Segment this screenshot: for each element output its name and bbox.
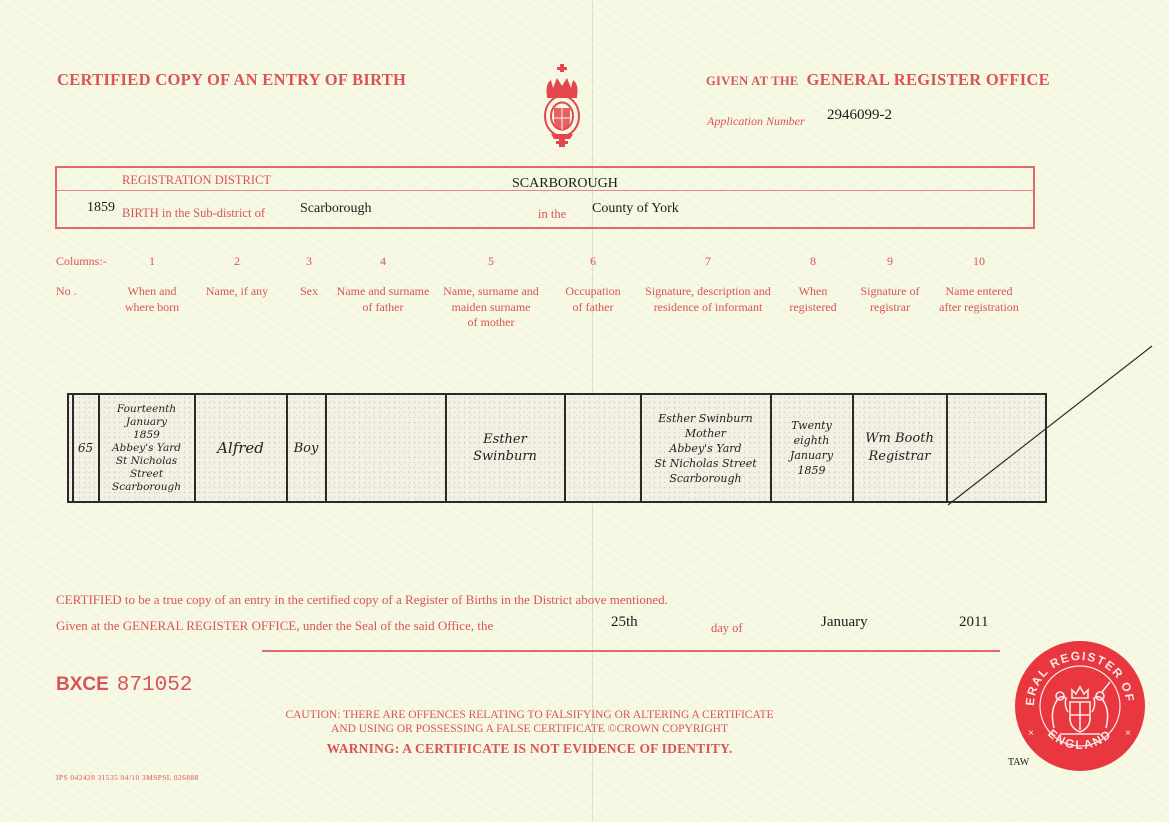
entry-line: 1859	[99, 429, 194, 442]
column-header-name-after-registration: Name entered after registration	[934, 284, 1024, 315]
entry-line: 1859	[771, 463, 852, 478]
header-line: Signature, description and	[638, 284, 778, 300]
entry-line: Swinburn	[446, 448, 564, 465]
column-header-no: No .	[56, 284, 77, 300]
serial-prefix: BXCE	[56, 674, 109, 695]
header-line: where born	[112, 300, 192, 316]
entry-registrar-signature: Wm Booth Registrar	[853, 395, 946, 501]
column-header-informant: Signature, description and residence of …	[638, 284, 778, 315]
entry-mother-name: Esther Swinburn	[446, 395, 564, 501]
application-number-value: 2946099-2	[827, 107, 892, 124]
issue-year: 2011	[959, 614, 988, 631]
register-entry-row: 65 Fourteenth January 1859 Abbey's Yard …	[67, 393, 1047, 503]
header-line: Signature of	[855, 284, 925, 300]
registration-district-value: SCARBOROUGH	[512, 176, 618, 192]
header-line: When and	[112, 284, 192, 300]
entry-line: Wm Booth	[853, 430, 946, 448]
table-border	[67, 393, 69, 503]
entry-when-registered: Twenty eighth January 1859	[771, 395, 852, 501]
entry-when-where-born: Fourteenth January 1859 Abbey's Yard St …	[99, 395, 194, 501]
column-number-8: 8	[803, 254, 823, 269]
certification-statement: CERTIFIED to be a true copy of an entry …	[56, 592, 668, 608]
caution-notice: CAUTION: THERE ARE OFFENCES RELATING TO …	[262, 708, 797, 736]
serial-number: 871052	[117, 674, 193, 697]
column-number-2: 2	[227, 254, 247, 269]
column-number-10: 10	[968, 254, 990, 269]
day-of-label: day of	[711, 621, 743, 636]
column-number-9: 9	[880, 254, 900, 269]
sub-district-value: Scarborough	[300, 201, 372, 217]
entry-line: Esther	[446, 431, 564, 448]
caution-line: AND USING OR POSSESSING A FALSE CERTIFIC…	[262, 722, 797, 736]
entry-line: St Nicholas Street	[641, 456, 770, 471]
application-number-label: Application Number	[707, 114, 805, 129]
registration-district-label: REGISTRATION DISTRICT	[122, 173, 271, 188]
entry-name: Alfred	[195, 395, 286, 501]
svg-text:×: ×	[1028, 728, 1034, 739]
print-code: IPS 042428 31535 04/10 3MSPSL 026888	[56, 773, 199, 782]
caution-line: CAUTION: THERE ARE OFFENCES RELATING TO …	[262, 708, 797, 722]
given-at-statement: Given at the GENERAL REGISTER OFFICE, un…	[56, 618, 493, 634]
column-number-6: 6	[583, 254, 603, 269]
header-line: of father	[331, 300, 435, 316]
column-number-4: 4	[373, 254, 393, 269]
column-header-sex: Sex	[289, 284, 329, 300]
in-the-label: in the	[538, 207, 566, 222]
header-line: Name, if any	[197, 284, 277, 300]
entry-line: Scarborough	[99, 481, 194, 494]
entry-line: eighth	[771, 433, 852, 448]
entry-line: Esther Swinburn	[641, 411, 770, 426]
column-header-name: Name, if any	[197, 284, 277, 300]
registration-year: 1859	[87, 200, 115, 216]
sub-district-label: BIRTH in the Sub-district of	[122, 206, 265, 221]
column-number-1: 1	[142, 254, 162, 269]
columns-prefix: Columns:-	[56, 254, 107, 269]
header-line: residence of informant	[638, 300, 778, 316]
certificate-title: CERTIFIED COPY OF AN ENTRY OF BIRTH	[57, 70, 406, 90]
header-line: of mother	[438, 315, 544, 331]
entry-father-name	[326, 395, 445, 501]
column-number-5: 5	[481, 254, 501, 269]
column-header-father-occupation: Occupation of father	[553, 284, 633, 315]
header-line: When	[783, 284, 843, 300]
column-header-registrar-signature: Signature of registrar	[855, 284, 925, 315]
svg-text:×: ×	[1125, 728, 1131, 739]
identity-warning: WARNING: A CERTIFICATE IS NOT EVIDENCE O…	[262, 741, 797, 757]
county-value: County of York	[592, 201, 679, 217]
entry-line: Twenty	[771, 418, 852, 433]
entry-line: Mother	[641, 426, 770, 441]
entry-informant: Esther Swinburn Mother Abbey's Yard St N…	[641, 395, 770, 501]
column-header-mother-name: Name, surname and maiden surname of moth…	[438, 284, 544, 331]
header-line: registered	[783, 300, 843, 316]
entry-line: Scarborough	[641, 471, 770, 486]
header-line: registrar	[855, 300, 925, 316]
issue-day: 25th	[611, 614, 638, 631]
general-register-office-seal-icon: GENERAL REGISTER OFFICE ENGLAND × ×	[1014, 640, 1146, 772]
certificate-serial: BXCE 871052	[56, 674, 192, 697]
header-line: Name and surname	[331, 284, 435, 300]
issuer-initials: TAW	[1008, 757, 1029, 768]
entry-line: Registrar	[853, 448, 946, 466]
entry-line: January	[99, 416, 194, 429]
entry-line: January	[771, 448, 852, 463]
certificate-paper: CERTIFIED COPY OF AN ENTRY OF BIRTH GIVE…	[0, 0, 1169, 822]
cancellation-line	[940, 340, 1160, 510]
column-number-3: 3	[299, 254, 319, 269]
entry-sex: Boy	[287, 395, 325, 501]
header-line: Occupation	[553, 284, 633, 300]
column-header-father-name: Name and surname of father	[331, 284, 435, 315]
column-header-when-registered: When registered	[783, 284, 843, 315]
header-line: Name entered	[934, 284, 1024, 300]
given-at-the-label: GIVEN AT THE	[706, 74, 799, 88]
entry-number: 65	[73, 395, 98, 501]
header-line: of father	[553, 300, 633, 316]
header-line: Name, surname and	[438, 284, 544, 300]
entry-line: Abbey's Yard	[641, 441, 770, 456]
column-header-when-where-born: When and where born	[112, 284, 192, 315]
header-line: Sex	[289, 284, 329, 300]
entry-father-occupation	[565, 395, 640, 501]
header-line: maiden surname	[438, 300, 544, 316]
entry-line: St Nicholas	[99, 455, 194, 468]
signature-rule	[262, 650, 1000, 652]
entry-line: Fourteenth	[99, 403, 194, 416]
header-line: after registration	[934, 300, 1024, 316]
issue-month: January	[821, 614, 868, 631]
column-number-7: 7	[698, 254, 718, 269]
general-register-office-label: GENERAL REGISTER OFFICE	[807, 70, 1050, 89]
entry-line: Abbey's Yard	[99, 442, 194, 455]
issuing-office-heading: GIVEN AT THE GENERAL REGISTER OFFICE	[706, 70, 1050, 90]
royal-coat-of-arms-icon	[537, 62, 587, 150]
entry-line: Street	[99, 468, 194, 481]
